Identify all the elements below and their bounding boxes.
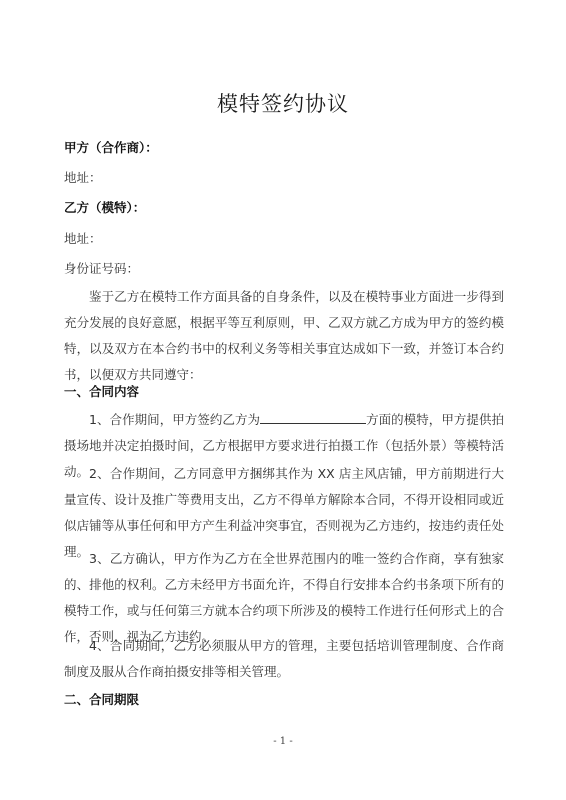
- page-number: - 1 -: [0, 736, 566, 747]
- clause-4: 4、合同期间，乙方必须服从甲方的管理，主要包括培训管理制度、合作商制度及服从合作…: [64, 633, 504, 685]
- clause-1-text-before: 1、合作期间，甲方签约乙方为: [89, 412, 260, 427]
- document-title: 模特签约协议: [0, 88, 566, 118]
- party-b-id-number: 身份证号码：: [64, 261, 139, 277]
- party-a-label: 甲方（合作商）：: [64, 140, 158, 156]
- section-1-heading: 一、合同内容: [64, 384, 139, 400]
- party-a-address: 地址：: [64, 170, 102, 186]
- party-b-label: 乙方（模特）：: [64, 200, 145, 216]
- clause-1-blank-field: [260, 411, 366, 424]
- document-page: 模特签约协议 甲方（合作商）： 地址： 乙方（模特）： 地址： 身份证号码： 鉴…: [0, 0, 566, 800]
- party-b-address: 地址：: [64, 231, 102, 247]
- section-2-heading: 二、合同期限: [64, 692, 139, 708]
- preamble-paragraph: 鉴于乙方在模特工作方面具备的自身条件，以及在模特事业方面进一步得到充分发展的良好…: [64, 284, 504, 388]
